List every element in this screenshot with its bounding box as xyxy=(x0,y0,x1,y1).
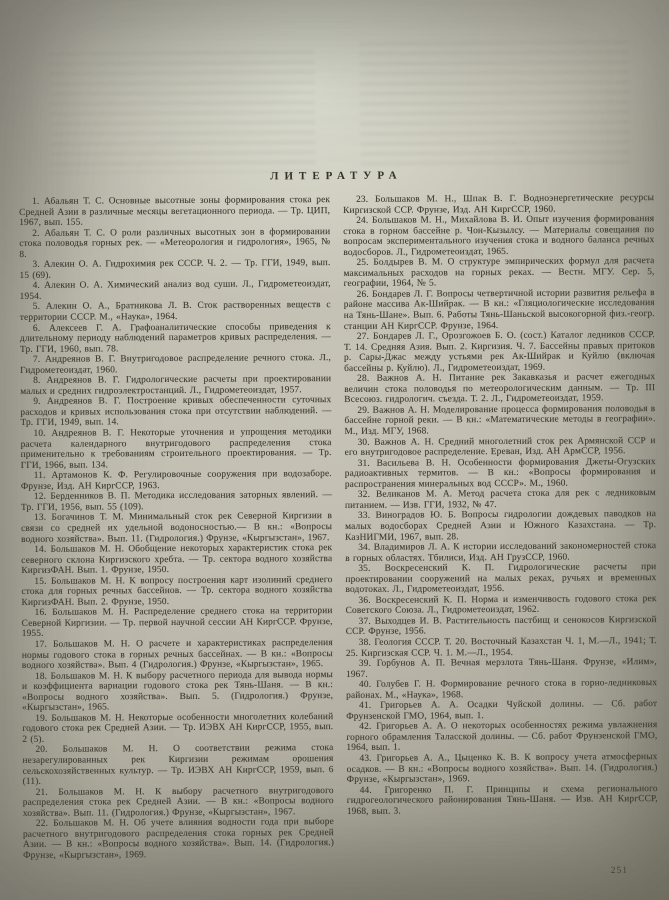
reference-entry: 2. Абальян Т. С. О роли различных высотн… xyxy=(19,227,330,261)
reference-entry: 27. Бондарев Л. Г., Орозгожоев Б. О. (со… xyxy=(344,330,655,374)
reference-entry: 38. Геология СССР. Т. 20. Восточный Каза… xyxy=(346,636,657,659)
reference-entry: 18. Большаков М. Н. К выбору расчетного … xyxy=(22,670,333,714)
bibliography: 1. Абальян Т. С. Основные высотные зоны … xyxy=(19,193,658,861)
reference-entry: 20. Большаков М. Н. О соответствии режим… xyxy=(22,743,333,787)
reference-entry: 17. Большаков М. Н. О расчете и характер… xyxy=(22,638,333,672)
reference-entry: 37. Выходцев И. В. Растительность пастби… xyxy=(346,615,657,638)
reference-entry: 5. Алекин О. А., Братникова Л. В. Сток р… xyxy=(20,301,331,324)
reference-entry: 25. Болдырев В. М. О структуре эмпиричес… xyxy=(343,256,654,290)
show-through-right-column xyxy=(360,40,631,172)
reference-entry: 23. Большаков М. Н., Шпак В. Г. Водноэне… xyxy=(343,193,654,216)
show-through-text xyxy=(40,40,641,174)
reference-entry: 1. Абальян Т. С. Основные высотные зоны … xyxy=(19,195,330,229)
reference-entry: 11. Артамонов К. Ф. Регулировочные соору… xyxy=(21,469,332,492)
reference-entry: 4. Алекин О. А. Химический анализ вод су… xyxy=(20,279,331,302)
reference-entry: 35. Воскресенский К. П. Гидрологические … xyxy=(345,562,656,596)
reference-entry: 14. Большаков М. Н. Обобщение некоторых … xyxy=(21,543,332,577)
page-title: ЛИТЕРАТУРА xyxy=(19,168,654,184)
reference-entry: 28. Важнов А. Н. Питание рек Закавказья … xyxy=(344,372,655,406)
text-block: ЛИТЕРАТУРА 1. Абальян Т. С. Основные выс… xyxy=(19,168,658,861)
reference-entry: 30. Важнов А. Н. Средний многолетний сто… xyxy=(345,436,656,459)
reference-entry: 3. Алекин О. А. Гидрохимия рек СССР. Ч. … xyxy=(19,258,330,281)
book-page-photo: ЛИТЕРАТУРА 1. Абальян Т. С. Основные выс… xyxy=(0,0,669,900)
reference-entry: 8. Андреянов В. Г. Гидрологические расче… xyxy=(20,374,331,397)
reference-entry: 10. Андреянов В. Г. Некоторые уточнения … xyxy=(20,427,331,471)
reference-entry: 22. Большаков М. Н. Об учете влияния вод… xyxy=(23,817,334,861)
reference-entry: 15. Большаков М. Н. К вопросу построения… xyxy=(21,575,332,609)
reference-entry: 13. Богачинов Т. М. Минимальный сток рек… xyxy=(21,511,332,545)
reference-entry: 34. Владимиров Л. А. К истории исследова… xyxy=(345,541,656,564)
reference-entry: 7. Андреянов В. Г. Внутригодовое распред… xyxy=(20,353,331,376)
reference-entry: 16. Большаков М. Н. Распределение средне… xyxy=(22,606,333,640)
reference-entry: 19. Большаков М. Н. Некоторые особенност… xyxy=(22,712,333,746)
reference-entry: 43. Григорьев А. А., Цыценко К. В. К воп… xyxy=(346,752,657,786)
left-column: 1. Абальян Т. С. Основные высотные зоны … xyxy=(19,195,334,861)
reference-entry: 36. Воскресенский К. П. Норма и изменчив… xyxy=(345,594,656,617)
reference-entry: 39. Горбунов А. П. Вечная мерзлота Тянь-… xyxy=(346,657,657,680)
reference-entry: 29. Важнов А. Н. Моделирование процесса … xyxy=(344,404,655,438)
reference-entry: 31. Васильева В. Н. Особенности формиров… xyxy=(345,457,656,491)
reference-entry: 41. Григорьев А. А. Осадки Чуйской долин… xyxy=(346,699,657,722)
reference-entry: 9. Андреянов В. Г. Построение кривых обе… xyxy=(20,395,331,429)
show-through-left-column xyxy=(50,50,316,174)
reference-entry: 6. Алексеев Г. А. Графоаналитические спо… xyxy=(20,322,331,356)
page-number: 251 xyxy=(588,866,628,876)
reference-entry: 40. Голубев Г. Н. Формирование речного с… xyxy=(346,678,657,701)
reference-entry: 24. Большаков М. Н., Михайлова В. И. Опы… xyxy=(343,214,654,258)
reference-entry: 44. Григоренко П. Г. Принципы и схема ре… xyxy=(347,784,658,818)
reference-entry: 12. Берденников В. П. Методика исследова… xyxy=(21,490,332,513)
reference-entry: 21. Большаков М. Н. К выбору расчетного … xyxy=(23,786,334,820)
reference-entry: 32. Великанов М. А. Метод расчета стока … xyxy=(345,488,656,511)
reference-entry: 33. Виноградов Ю. Б. Вопросы гидрологии … xyxy=(345,509,656,543)
reference-entry: 42. Григорьев А. А. О некоторых особенно… xyxy=(346,720,657,754)
right-column: 23. Большаков М. Н., Шпак В. Г. Водноэне… xyxy=(343,193,658,859)
reference-entry: 26. Бондарев Л. Г. Вопросы четвертичной … xyxy=(344,288,655,332)
